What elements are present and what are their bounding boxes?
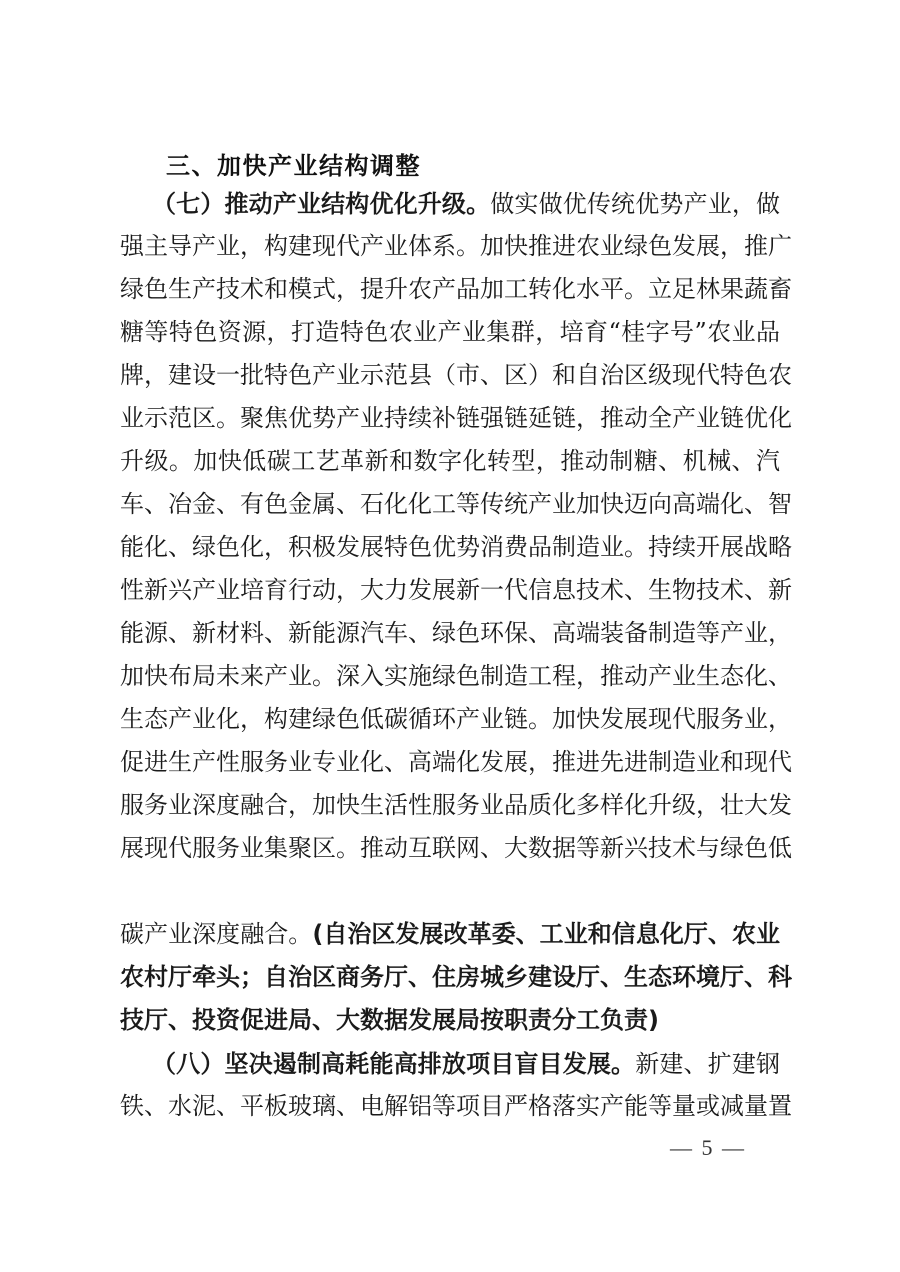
paragraph-7-line: 牌，建设一批特色产业示范县（市、区）和自治区级现代特色农 xyxy=(120,354,780,397)
responsibility-note: 农村厅牵头；自治区商务厅、住房城乡建设厅、生态环境厅、科 xyxy=(120,956,780,999)
paragraph-7-line: 能化、绿色化，积极发展特色优势消费品制造业。持续开展战略 xyxy=(120,526,780,569)
paragraph-7-line: 展现代服务业集聚区。推动互联网、大数据等新兴技术与绿色低 xyxy=(120,827,780,870)
paragraph-7-line: 业示范区。聚焦优势产业持续补链强链延链，推动全产业链优化 xyxy=(120,397,780,440)
paragraph-7-line: 绿色生产技术和模式，提升农产品加工转化水平。立足林果蔬畜 xyxy=(120,268,780,311)
paragraph-7-line: 能源、新材料、新能源汽车、绿色环保、高端装备制造等产业， xyxy=(120,612,780,655)
paragraph-7-line: 服务业深度融合，加快生活性服务业品质化多样化升级，壮大发 xyxy=(120,784,780,827)
paragraph-7-line: 糖等特色资源，打造特色农业产业集群，培育“桂字号”农业品 xyxy=(120,311,780,354)
paragraph-8-lead: （八）坚决遏制高耗能高排放项目盲目发展。 xyxy=(152,1049,635,1078)
paragraph-7-line: 车、冶金、有色金属、石化化工等传统产业加快迈向高端化、智 xyxy=(120,483,780,526)
responsibility-note: (自治区发展改革委、工业和信息化厅、农业 xyxy=(312,920,780,948)
paragraph-7-line: 性新兴产业培育行动，大力发展新一代信息技术、生物技术、新 xyxy=(120,569,780,612)
document-page: 三、加快产业结构调整 （七）推动产业结构优化升级。做实做优传统优势产业，做 强主… xyxy=(0,0,900,1272)
page-number: — 5 — xyxy=(670,1135,746,1161)
paragraph-7-line-1: （七）推动产业结构优化升级。做实做优传统优势产业，做 xyxy=(152,182,780,225)
paragraph-7-line: 碳产业深度融合。(自治区发展改革委、工业和信息化厅、农业 xyxy=(120,913,780,956)
responsibility-note: 技厅、投资促进局、大数据发展局按职责分工负责) xyxy=(120,999,780,1042)
section-heading: 三、加快产业结构调整 xyxy=(166,146,421,181)
paragraph-7-lead: （七）推动产业结构优化升级。 xyxy=(152,189,490,218)
paragraph-8-line-1: （八）坚决遏制高耗能高排放项目盲目发展。新建、扩建钢 xyxy=(152,1042,780,1085)
paragraph-7-line: 生态产业化，构建绿色低碳循环产业链。加快发展现代服务业， xyxy=(120,698,780,741)
paragraph-8-line: 铁、水泥、平板玻璃、电解铝等项目严格落实产能等量或减量置 xyxy=(120,1085,780,1128)
paragraph-7-line: 加快布局未来产业。深入实施绿色制造工程，推动产业生态化、 xyxy=(120,655,780,698)
paragraph-7-line: 强主导产业，构建现代产业体系。加快推进农业绿色发展，推广 xyxy=(120,225,780,268)
paragraph-7-line: 升级。加快低碳工艺革新和数字化转型，推动制糖、机械、汽 xyxy=(120,440,780,483)
paragraph-7-line: 促进生产性服务业专业化、高端化发展，推进先进制造业和现代 xyxy=(120,741,780,784)
